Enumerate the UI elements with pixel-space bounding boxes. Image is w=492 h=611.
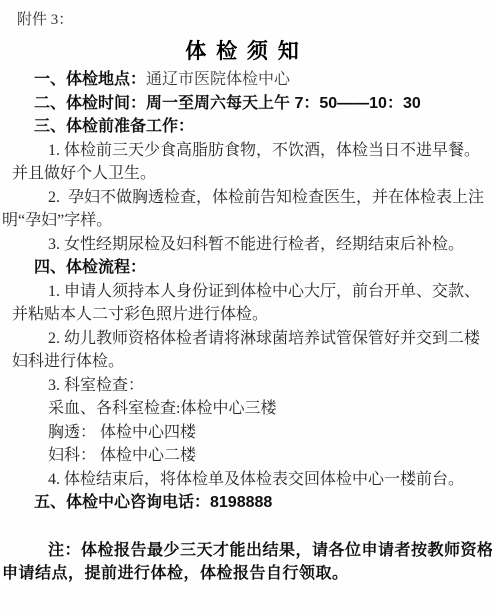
prep-item-2: 2. 孕妇不做胸透检查，体检前告知检查医生，并在体检表上注 <box>0 186 486 210</box>
process-item-2: 2. 幼儿教师资格体检者请将淋球菌培养试管保管好并交到二楼 <box>0 327 486 351</box>
process-item-1: 1. 申请人须持本人身份证到体检中心大厅，前台开单、交款、 <box>0 280 486 304</box>
section-process-heading: 四、体检流程： <box>0 256 486 280</box>
process-item-3: 3. 科室检查： <box>0 374 486 398</box>
section-location-value: 通辽市医院体检中心 <box>146 71 290 88</box>
note-block: 注：体检报告最少三天才能出结果，请各位申请者按教师资格 申请结点，提前进行体检，… <box>0 539 486 586</box>
doc-title: 体 检 须 知 <box>0 39 486 65</box>
prep-item-2-cont: 明“孕妇”字样。 <box>0 209 486 233</box>
prep-item-3: 3. 女性经期尿检及妇科暂不能进行检者，经期结束后补检。 <box>0 233 486 257</box>
process-item-1-cont: 并粘贴本人二寸彩色照片进行体检。 <box>0 303 486 327</box>
section-time: 二、体检时间：周一至周六每天上午 7：50——10：30 <box>0 92 486 116</box>
note-line-2: 申请结点，提前进行体检，体检报告自行领取。 <box>0 562 486 586</box>
process-item-2-cont: 妇科进行体检。 <box>0 350 486 374</box>
dept-row-blood: 采血、各科室检查:体检中心三楼 <box>0 397 486 421</box>
note-line-1: 注：体检报告最少三天才能出结果，请各位申请者按教师资格 <box>0 539 486 563</box>
section-phone: 五、体检中心咨询电话：8198888 <box>0 491 486 515</box>
document-page: 附件 3： 体 检 须 知 一、体检地点：通辽市医院体检中心 二、体检时间：周一… <box>0 0 492 611</box>
process-item-4: 4. 体检结束后，将体检单及体检表交回体检中心一楼前台。 <box>0 468 486 492</box>
dept-row-xray: 胸透： 体检中心四楼 <box>0 421 486 445</box>
section-location: 一、体检地点：通辽市医院体检中心 <box>0 68 486 92</box>
prep-item-1-cont: 并且做好个人卫生。 <box>0 162 486 186</box>
section-location-label: 一、体检地点： <box>34 71 146 88</box>
attachment-label: 附件 3： <box>0 10 486 30</box>
prep-item-1: 1. 体检前三天少食高脂肪食物，不饮酒，体检当日不进早餐。 <box>0 139 486 163</box>
dept-row-gyn: 妇科： 体检中心二楼 <box>0 444 486 468</box>
section-preparation-heading: 三、体检前准备工作： <box>0 115 486 139</box>
